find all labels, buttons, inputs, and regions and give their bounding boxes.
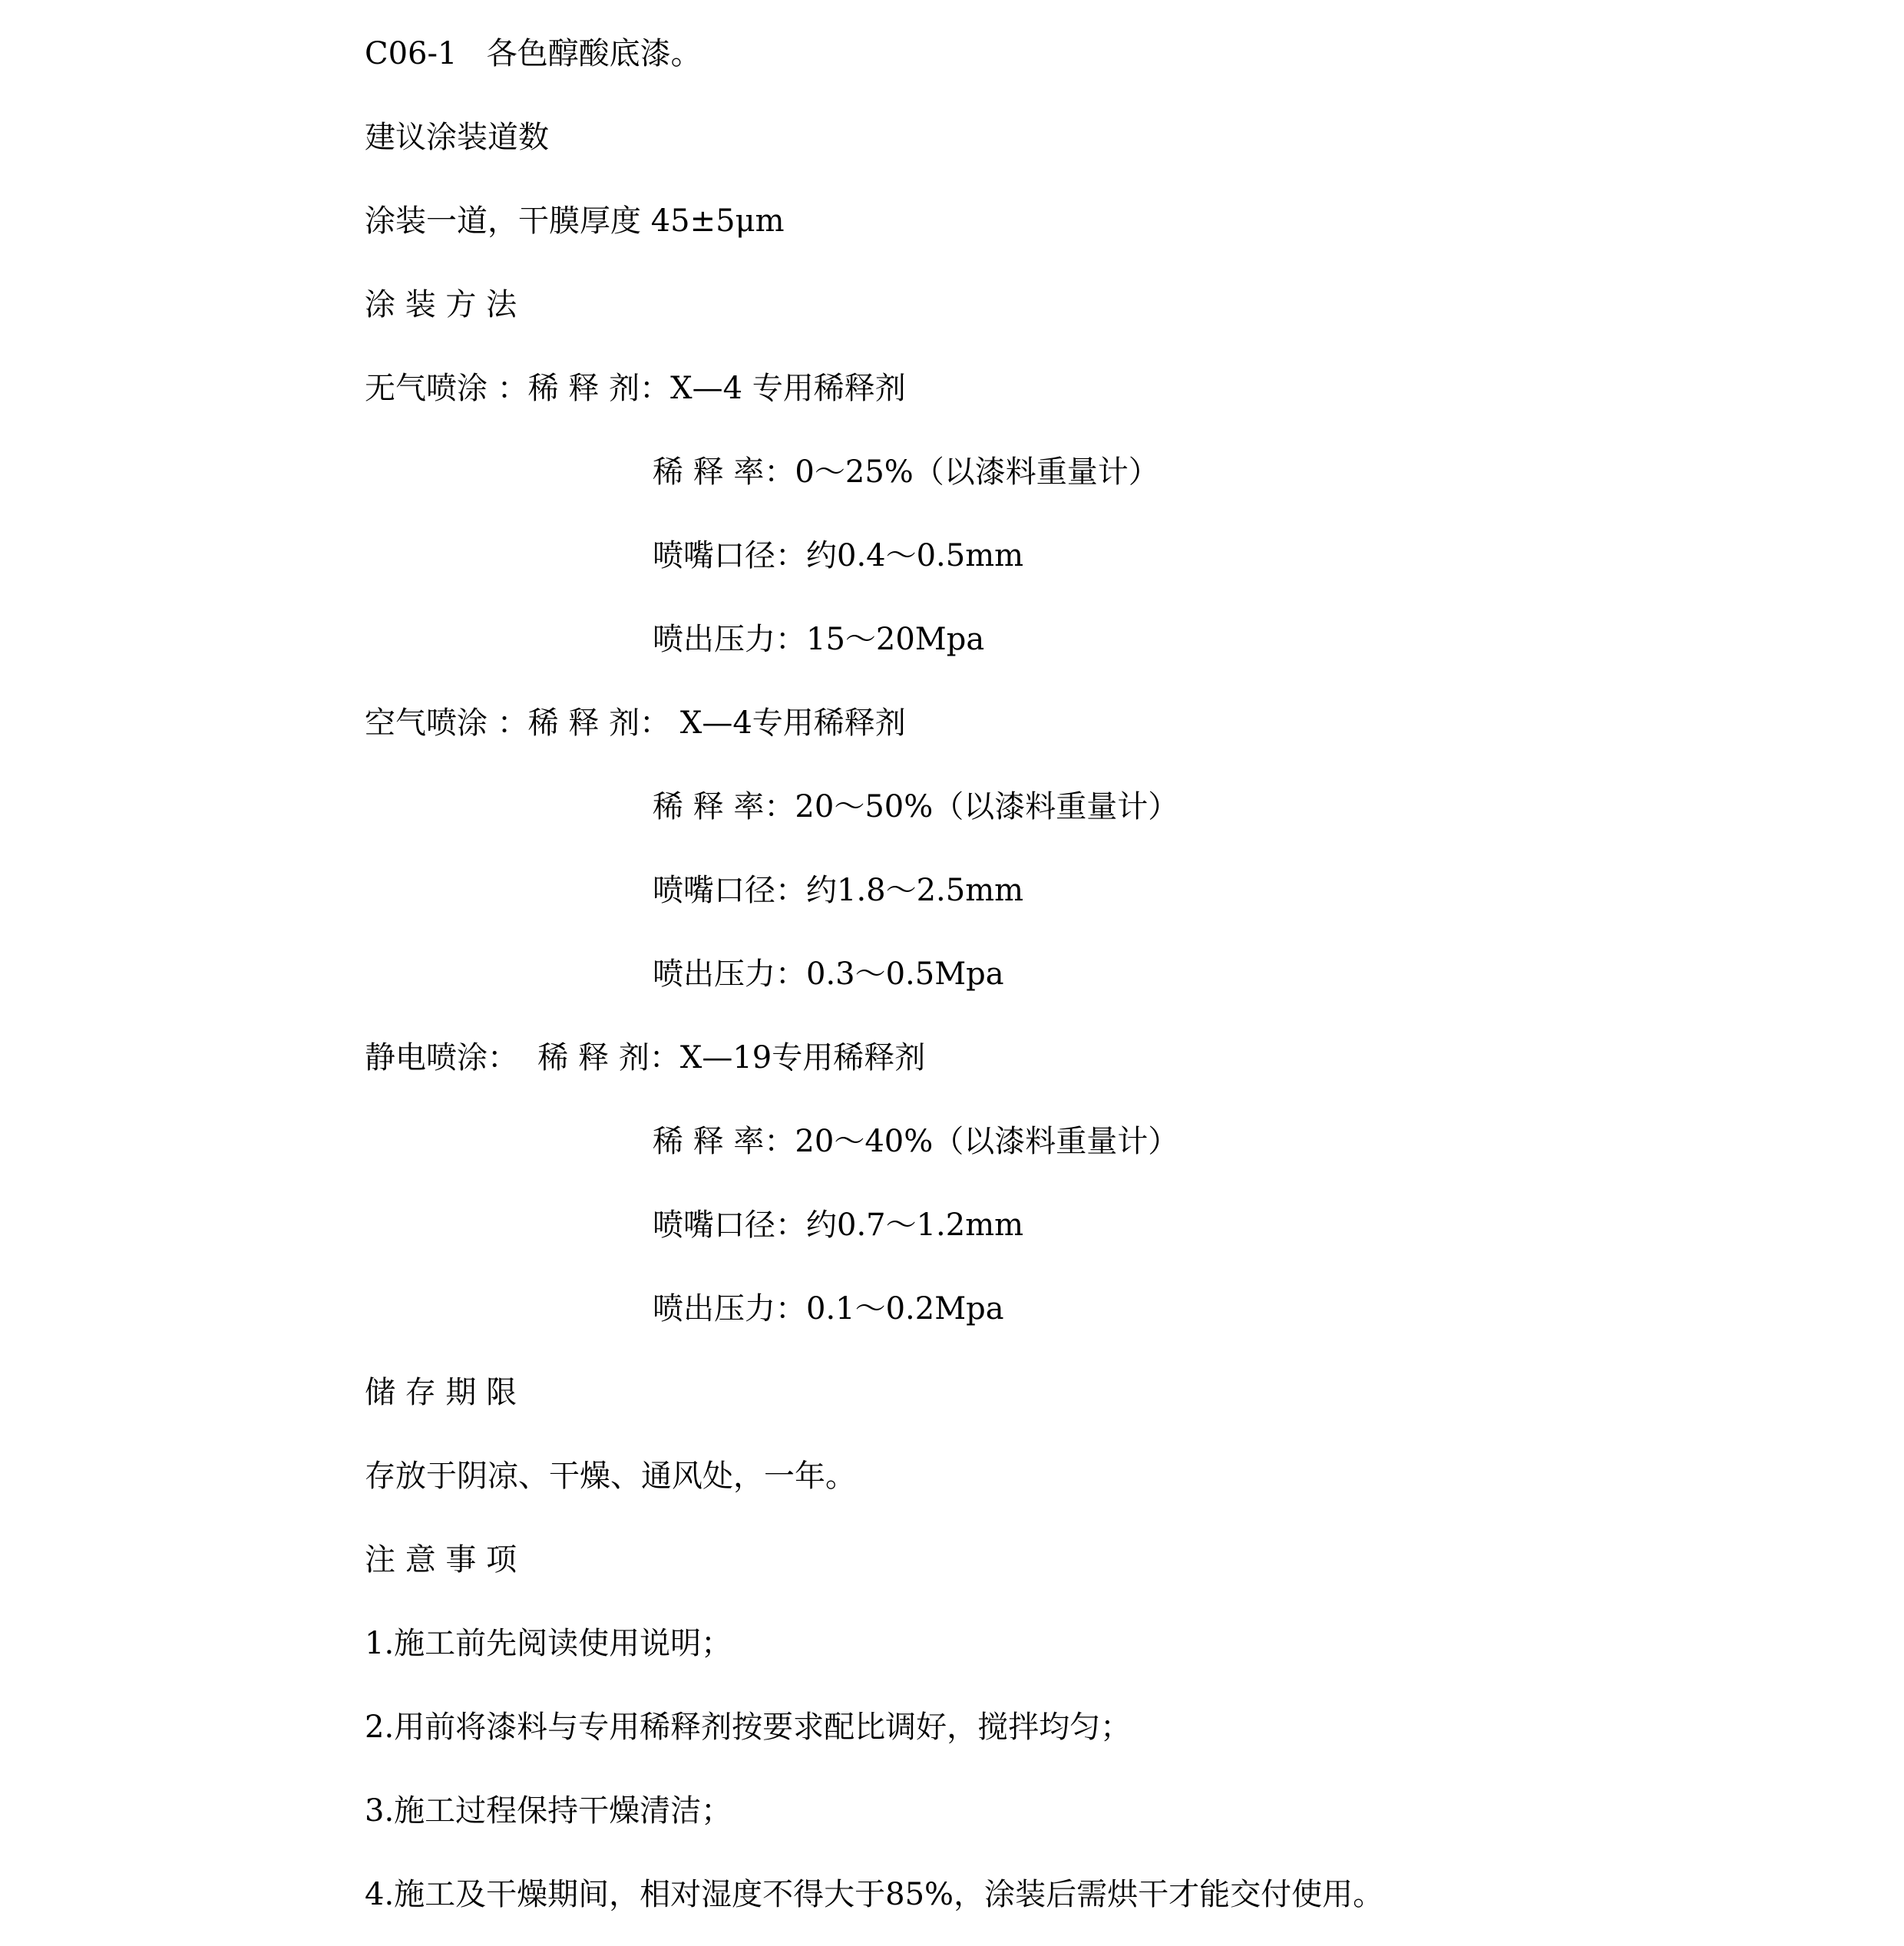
electrostatic-ratio: 稀 释 率：20～40%（以漆料重量计） [653,1123,1178,1160]
air-pressure: 喷出压力：0.3～0.5Mpa [653,956,1004,993]
electrostatic-pressure: 喷出压力：0.1～0.2Mpa [653,1290,1004,1327]
airless-nozzle: 喷嘴口径：约0.4～0.5mm [653,537,1023,574]
note-item: 3.施工过程保持干燥清洁； [365,1792,732,1829]
storage-text: 存放于阴凉、干燥、通风处，一年。 [365,1458,856,1495]
method-heading: 涂 装 方 法 [365,286,517,323]
airless-ratio: 稀 释 率：0～25%（以漆料重量计） [653,454,1159,491]
airless-thinner: 无气喷涂 ：稀 释 剂：X—4 专用稀释剂 [365,370,906,407]
note-item: 2.用前将漆料与专用稀释剂按要求配比调好，搅拌均匀； [365,1709,1131,1746]
storage-heading: 储 存 期 限 [365,1374,517,1411]
coats-heading: 建议涂装道数 [365,119,549,156]
notes-heading: 注 意 事 项 [365,1541,517,1578]
airless-pressure: 喷出压力：15～20Mpa [653,621,984,658]
note-item: 4.施工及干燥期间，相对湿度不得大于85%，涂装后需烘干才能交付使用。 [365,1876,1383,1913]
air-ratio: 稀 释 率：20～50%（以漆料重量计） [653,788,1178,825]
electrostatic-thinner: 静电喷涂： 稀 释 剂：X—19专用稀释剂 [365,1039,925,1076]
coats-text: 涂装一道，干膜厚度 45±5μm [365,203,785,240]
document-title: C06-1 各色醇酸底漆。 [365,35,702,72]
note-item: 1.施工前先阅读使用说明； [365,1625,732,1662]
document-page: C06-1 各色醇酸底漆。 建议涂装道数 涂装一道，干膜厚度 45±5μm 涂 … [0,0,1904,1946]
electrostatic-nozzle: 喷嘴口径：约0.7～1.2mm [653,1207,1023,1244]
air-nozzle: 喷嘴口径：约1.8～2.5mm [653,872,1023,909]
air-thinner: 空气喷涂 ：稀 释 剂： X—4专用稀释剂 [365,705,906,742]
